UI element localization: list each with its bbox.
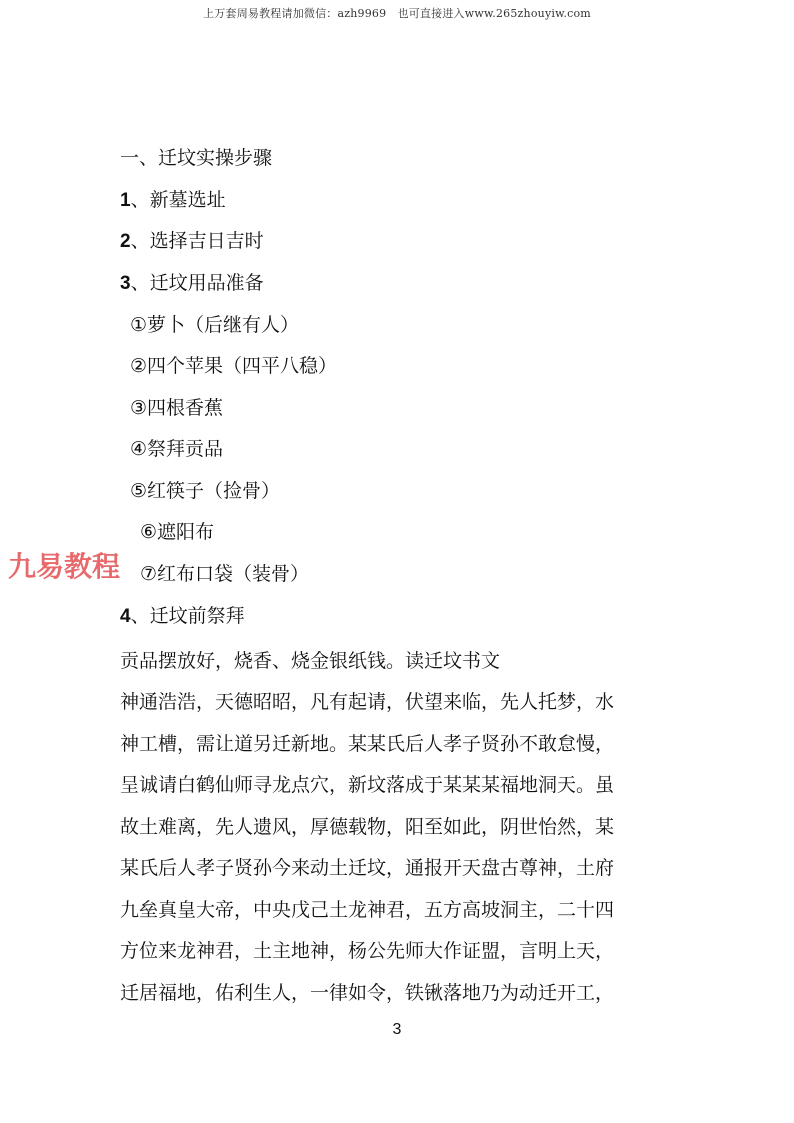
step-text: 新墓选址	[150, 189, 226, 211]
section-title: 一、迁坟实操步骤	[120, 146, 272, 170]
step-number: 2	[120, 231, 131, 252]
supply-item: ④祭拜贡品	[130, 437, 223, 461]
step-number: 3	[120, 273, 131, 294]
step-text: 迁坟用品准备	[150, 272, 264, 294]
step-sep: 、	[131, 272, 150, 294]
paragraph-line: 神通浩浩，天德昭昭，凡有起请，伏望来临，先人托梦，水	[120, 687, 680, 714]
paragraph-line: 九垒真皇大帝，中央戊己土龙神君，五方高坡洞主，二十四	[120, 895, 680, 922]
header-banner: 上万套周易教程请加微信：azh9969 也可直接进入www.265zhouyiw…	[0, 5, 794, 21]
page-number: 3	[0, 1021, 794, 1039]
paragraph-line: 神工槽，需让道另迁新地。某某氏后人孝子贤孙不敢怠慢，	[120, 729, 680, 756]
watermark-logo: 九易教程	[8, 545, 120, 585]
step-text: 迁坟前祭拜	[150, 605, 245, 627]
step-1: 1、新墓选址	[120, 188, 226, 213]
paragraph-line: 某氏后人孝子贤孙今来动土迁坟，通报开天盘古尊神，土府	[120, 853, 680, 880]
paragraph-intro: 贡品摆放好，烧香、烧金银纸钱。读迁坟书文	[120, 646, 680, 673]
step-2: 2、选择吉日吉时	[120, 229, 264, 254]
paragraph-line: 故土难离，先人遗风，厚德载物，阳至如此，阴世怡然，某	[120, 812, 680, 839]
supply-item: ⑤红筷子（捡骨）	[130, 479, 280, 503]
step-4: 4、迁坟前祭拜	[120, 604, 245, 629]
paragraph-line: 呈诚请白鹤仙师寻龙点穴，新坟落成于某某某福地洞天。虽	[120, 770, 680, 797]
step-number: 4	[120, 606, 131, 627]
supply-item: ①萝卜（后继有人）	[130, 313, 299, 337]
step-text: 选择吉日吉时	[150, 230, 264, 252]
paragraph-line: 迁居福地，佑利生人，一律如令，铁锹落地乃为动迁开工，	[120, 978, 680, 1005]
step-sep: 、	[131, 605, 150, 627]
step-number: 1	[120, 190, 131, 211]
supply-item: ②四个苹果（四平八稳）	[130, 354, 337, 378]
step-sep: 、	[131, 189, 150, 211]
supply-item: ⑦红布口袋（装骨）	[140, 562, 309, 586]
supply-item: ⑥遮阳布	[140, 520, 214, 544]
supply-item: ③四根香蕉	[130, 396, 223, 420]
step-3: 3、迁坟用品准备	[120, 271, 264, 296]
paragraph-line: 方位来龙神君，土主地神，杨公先师大作证盟，言明上天，	[120, 936, 680, 963]
step-sep: 、	[131, 230, 150, 252]
